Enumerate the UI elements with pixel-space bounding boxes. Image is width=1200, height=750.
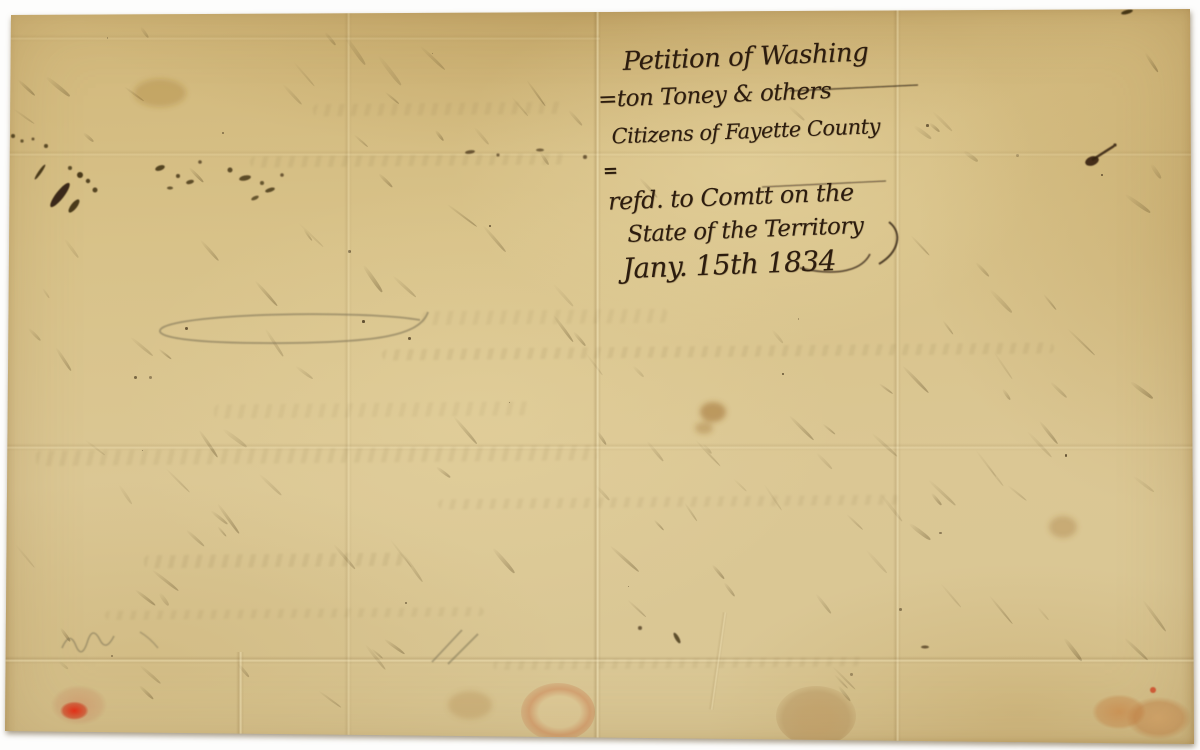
bleedthrough-stroke bbox=[1125, 193, 1151, 213]
bleedthrough-stroke bbox=[1133, 475, 1156, 493]
bleedthrough-stroke bbox=[378, 172, 393, 187]
bleedthrough-stroke bbox=[989, 595, 1013, 624]
ink-speck bbox=[628, 586, 629, 587]
bleedthrough-stroke bbox=[931, 493, 942, 506]
bleedthrough-stroke bbox=[392, 274, 417, 297]
bleedthrough-stroke bbox=[139, 664, 162, 684]
bleedthrough-stroke bbox=[318, 690, 342, 709]
bleedthrough-stroke bbox=[632, 366, 645, 379]
ink-speck bbox=[939, 532, 942, 535]
bleedthrough-stroke bbox=[298, 223, 324, 248]
bleedthrough-stroke bbox=[27, 328, 41, 342]
bleedthrough-stroke bbox=[17, 79, 36, 97]
bleedthrough-stroke bbox=[816, 594, 832, 614]
bleedthrough-stroke bbox=[363, 265, 384, 293]
ghost-writing-band bbox=[144, 552, 403, 568]
bleedthrough-stroke bbox=[165, 468, 190, 493]
bleedthrough-stroke bbox=[1043, 293, 1058, 310]
bleedthrough-stroke bbox=[83, 132, 95, 142]
ink-speck bbox=[185, 327, 188, 330]
ink-blots bbox=[11, 9, 1133, 649]
bleedthrough-stroke bbox=[378, 56, 403, 87]
ink-speck bbox=[149, 376, 152, 379]
bleedthrough-stroke bbox=[1007, 484, 1027, 501]
bleedthrough-stroke bbox=[788, 415, 814, 441]
bleedthrough-stroke bbox=[723, 582, 736, 598]
bleedthrough-stroke bbox=[1001, 389, 1011, 401]
paper-sheet: Petition of Washing =ton Toney & others … bbox=[0, 0, 1200, 750]
bleedthrough-stroke bbox=[254, 280, 279, 307]
ink-speck bbox=[1065, 454, 1068, 457]
bleedthrough-stroke bbox=[295, 365, 314, 380]
bleedthrough-stroke bbox=[402, 552, 425, 583]
bleedthrough-stroke bbox=[435, 129, 446, 141]
bleedthrough-stroke bbox=[942, 320, 954, 335]
bleedthrough-stroke bbox=[1067, 328, 1095, 356]
ghost-writing-band bbox=[438, 495, 899, 510]
ghost-writing-band bbox=[422, 309, 668, 326]
bleedthrough-stroke bbox=[384, 91, 399, 104]
ink-speck bbox=[222, 132, 224, 134]
bleedthrough-stroke bbox=[929, 122, 941, 133]
bleedthrough-stroke bbox=[46, 76, 71, 97]
bleedthrough-stroke bbox=[447, 204, 478, 228]
bleedthrough-stroke bbox=[282, 84, 303, 106]
bleedthrough-stroke bbox=[989, 289, 1013, 314]
bleedthrough-stroke bbox=[124, 86, 144, 102]
bleedthrough-stroke bbox=[453, 416, 478, 445]
ink-speck bbox=[432, 53, 433, 54]
ink-speck bbox=[850, 673, 852, 675]
bleedthrough-stroke bbox=[552, 284, 573, 307]
bleedthrough-stroke bbox=[940, 583, 962, 608]
bleedthrough-stroke bbox=[293, 61, 316, 87]
bleedthrough-stroke bbox=[822, 423, 836, 435]
scanned-document: Petition of Washing =ton Toney & others … bbox=[0, 0, 1200, 750]
bleedthrough-stroke bbox=[993, 351, 1013, 379]
bleedthrough-stroke bbox=[135, 588, 157, 606]
bleedthrough-stroke bbox=[1038, 420, 1059, 445]
bleedthrough-stroke bbox=[568, 109, 583, 126]
bleedthrough-stroke bbox=[733, 478, 748, 492]
wax-seal-remnant-brown bbox=[776, 686, 856, 746]
fold-crease-vertical-left bbox=[344, 0, 352, 750]
bleedthrough-stroke bbox=[878, 383, 893, 395]
bleedthrough-stroke bbox=[1130, 381, 1154, 400]
bleedthrough-stroke bbox=[217, 526, 227, 537]
bleedthrough-stroke bbox=[609, 545, 639, 572]
bleedthrough-stroke bbox=[63, 238, 79, 258]
docket-annotation: Petition of Washing =ton Toney & others … bbox=[596, 31, 935, 286]
bleedthrough-stroke bbox=[13, 108, 34, 124]
wax-seal-remnant-orange bbox=[1088, 684, 1192, 746]
bleedthrough-stroke bbox=[492, 547, 516, 574]
ink-speck bbox=[489, 225, 491, 227]
fold-crease-horizontal-lower bbox=[0, 656, 1200, 664]
fold-crease-horizontal-middle bbox=[0, 443, 1200, 451]
bleedthrough-stroke bbox=[1050, 381, 1068, 398]
bleedthrough-stroke bbox=[130, 336, 154, 357]
ink-speck bbox=[1101, 174, 1103, 176]
bleedthrough-stroke bbox=[1037, 607, 1050, 621]
bleedthrough-stroke bbox=[384, 638, 406, 655]
bleedthrough-stroke bbox=[653, 519, 664, 531]
wax-seal-remnant-faint bbox=[521, 683, 595, 741]
bleedthrough-stroke bbox=[118, 484, 134, 505]
bleedthrough-stroke bbox=[975, 450, 997, 477]
bleedthrough-stroke bbox=[1142, 600, 1167, 632]
bleedthrough-stroke bbox=[41, 287, 50, 299]
bleedthrough-stroke bbox=[771, 329, 784, 344]
bleedthrough-stroke bbox=[200, 239, 220, 261]
bleedthrough-stroke bbox=[152, 570, 180, 593]
bleedthrough-stroke bbox=[1144, 52, 1159, 73]
bleedthrough-stroke bbox=[474, 127, 490, 146]
bleedthrough-stroke bbox=[55, 347, 72, 371]
ghost-writing-band bbox=[382, 343, 1054, 361]
bleedthrough-stroke bbox=[185, 529, 205, 548]
ink-speck bbox=[362, 320, 365, 323]
bleedthrough-stroke bbox=[138, 685, 154, 700]
paper-shadow: Petition of Washing =ton Toney & others … bbox=[0, 0, 1200, 750]
bleedthrough-stroke bbox=[816, 452, 834, 470]
bleedthrough-stroke bbox=[259, 473, 283, 496]
bleedthrough-stroke bbox=[59, 627, 70, 642]
bleedthrough-stroke bbox=[436, 466, 451, 478]
ink-speck bbox=[405, 602, 407, 604]
ink-speck bbox=[134, 376, 137, 379]
ink-speck bbox=[798, 318, 799, 319]
bleedthrough-stroke bbox=[711, 564, 725, 580]
bleedthrough-stroke bbox=[909, 523, 932, 542]
ink-speck bbox=[782, 373, 785, 376]
bleedthrough-stroke bbox=[354, 135, 369, 148]
bleedthrough-stroke bbox=[627, 599, 647, 618]
bleedthrough-stroke bbox=[846, 513, 864, 530]
bleedthrough-stroke bbox=[573, 332, 587, 347]
ghost-writing-band bbox=[214, 401, 530, 418]
bleedthrough-stroke bbox=[158, 592, 170, 606]
bleedthrough-stroke bbox=[14, 543, 35, 568]
bleedthrough-stroke bbox=[865, 549, 888, 574]
bleedthrough-stroke bbox=[189, 167, 205, 184]
paper-tear-crease bbox=[236, 652, 244, 734]
fold-crease-horizontal-top bbox=[0, 34, 600, 42]
bleedthrough-stroke bbox=[975, 262, 990, 278]
wax-seal-remnant-red bbox=[40, 676, 118, 732]
bleedthrough-stroke bbox=[1150, 164, 1163, 180]
bleedthrough-stroke bbox=[902, 365, 930, 394]
ink-speck bbox=[408, 337, 411, 340]
bleedthrough-stroke bbox=[159, 348, 173, 360]
bleedthrough-stroke bbox=[419, 45, 446, 71]
bleedthrough-stroke bbox=[482, 226, 506, 254]
bleedthrough-stroke bbox=[265, 329, 285, 357]
ghost-writing-band bbox=[105, 607, 484, 620]
